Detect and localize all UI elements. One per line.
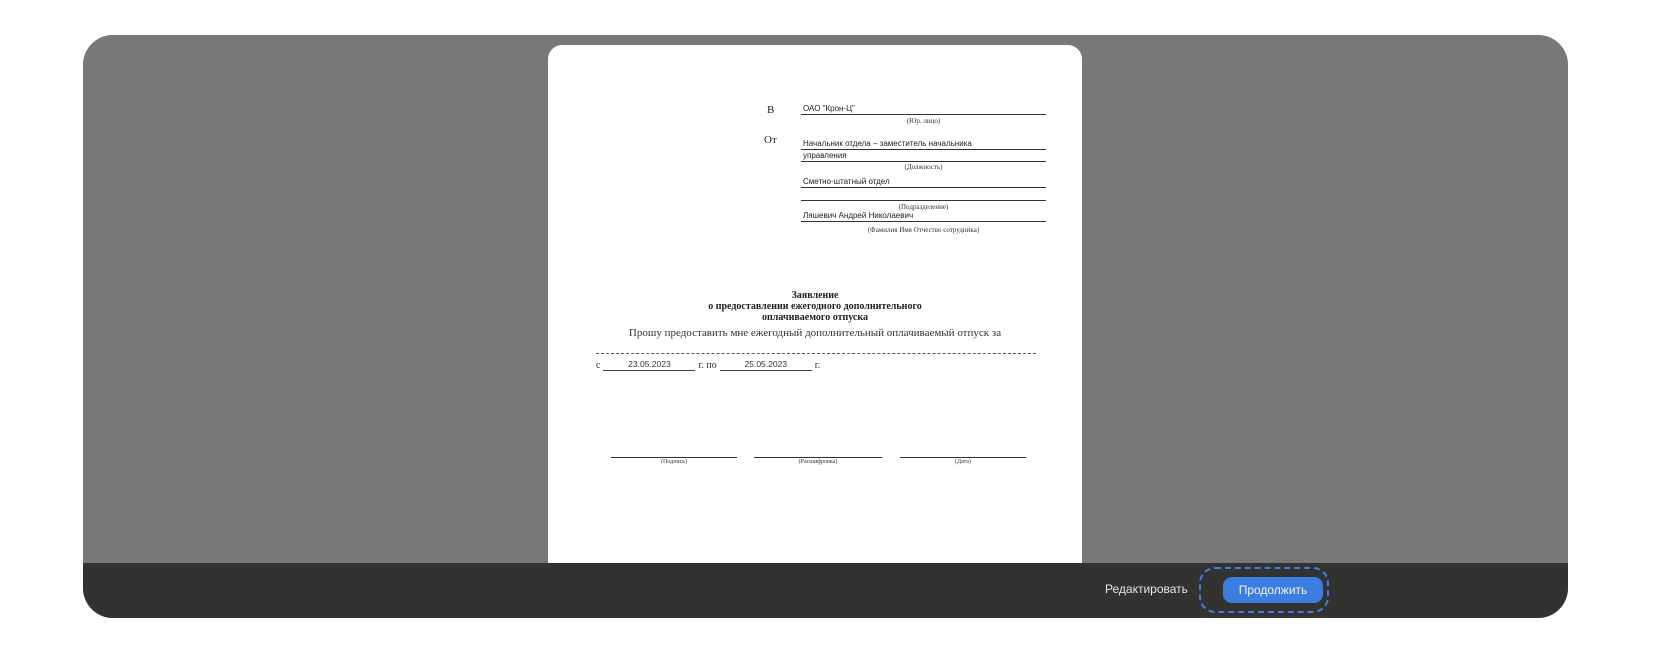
organization-field: ОАО "Крон-Ц" [801, 104, 1046, 115]
signature-line [611, 457, 737, 458]
position-field-line2: управления [801, 151, 1046, 162]
from-prefix: с [596, 360, 600, 371]
employee-name-caption: (Фамилия Имя Отчество сотрудника) [801, 226, 1046, 234]
document-preview-frame: В ОАО "Крон-Ц" (Юр. лицо) От Начальник о… [83, 35, 1568, 618]
organization-caption: (Юр. лицо) [801, 117, 1046, 125]
department-caption: (Подразделение) [801, 203, 1046, 211]
decryption-caption: (Расшифровка) [754, 459, 882, 465]
title-line-1: Заявление [548, 290, 1082, 301]
date-line [900, 457, 1026, 458]
employee-name-field: Ляшевич Андрей Николаевич [801, 211, 1046, 222]
preview-area: В ОАО "Крон-Ц" (Юр. лицо) От Начальник о… [83, 35, 1568, 563]
continue-button[interactable]: Продолжить [1223, 577, 1323, 603]
decryption-line [754, 457, 882, 458]
edit-button[interactable]: Редактировать [1105, 580, 1188, 598]
middle-text: г. по [698, 360, 716, 371]
action-bar: Редактировать Продолжить [83, 563, 1568, 618]
from-label: От [764, 134, 777, 146]
year-suffix: г. [815, 360, 820, 371]
date-from-field: 23.05.2023 [603, 359, 695, 371]
blank-fill-line [596, 353, 1036, 354]
department-field-line2 [801, 190, 1046, 201]
date-to-field: 25.05.2023 [720, 359, 812, 371]
document-page: В ОАО "Крон-Ц" (Юр. лицо) От Начальник о… [548, 45, 1082, 575]
document-title: Заявление о предоставлении ежегодного до… [548, 290, 1082, 323]
position-field-line1: Начальник отдела – заместитель начальник… [801, 139, 1046, 150]
to-label: В [767, 104, 774, 116]
department-field: Сметно-штатный отдел [801, 177, 1046, 188]
request-text: Прошу предоставить мне ежегодный дополни… [548, 327, 1082, 339]
signature-caption: (Подпись) [611, 459, 737, 465]
title-line-3: оплачиваемого отпуска [548, 312, 1082, 323]
title-line-2: о предоставлении ежегодного дополнительн… [548, 301, 1082, 312]
date-caption: (Дата) [900, 459, 1026, 465]
dates-row: с 23.05.2023 г. по 25.05.2023 г. [596, 357, 820, 371]
position-caption: (Должность) [801, 163, 1046, 171]
